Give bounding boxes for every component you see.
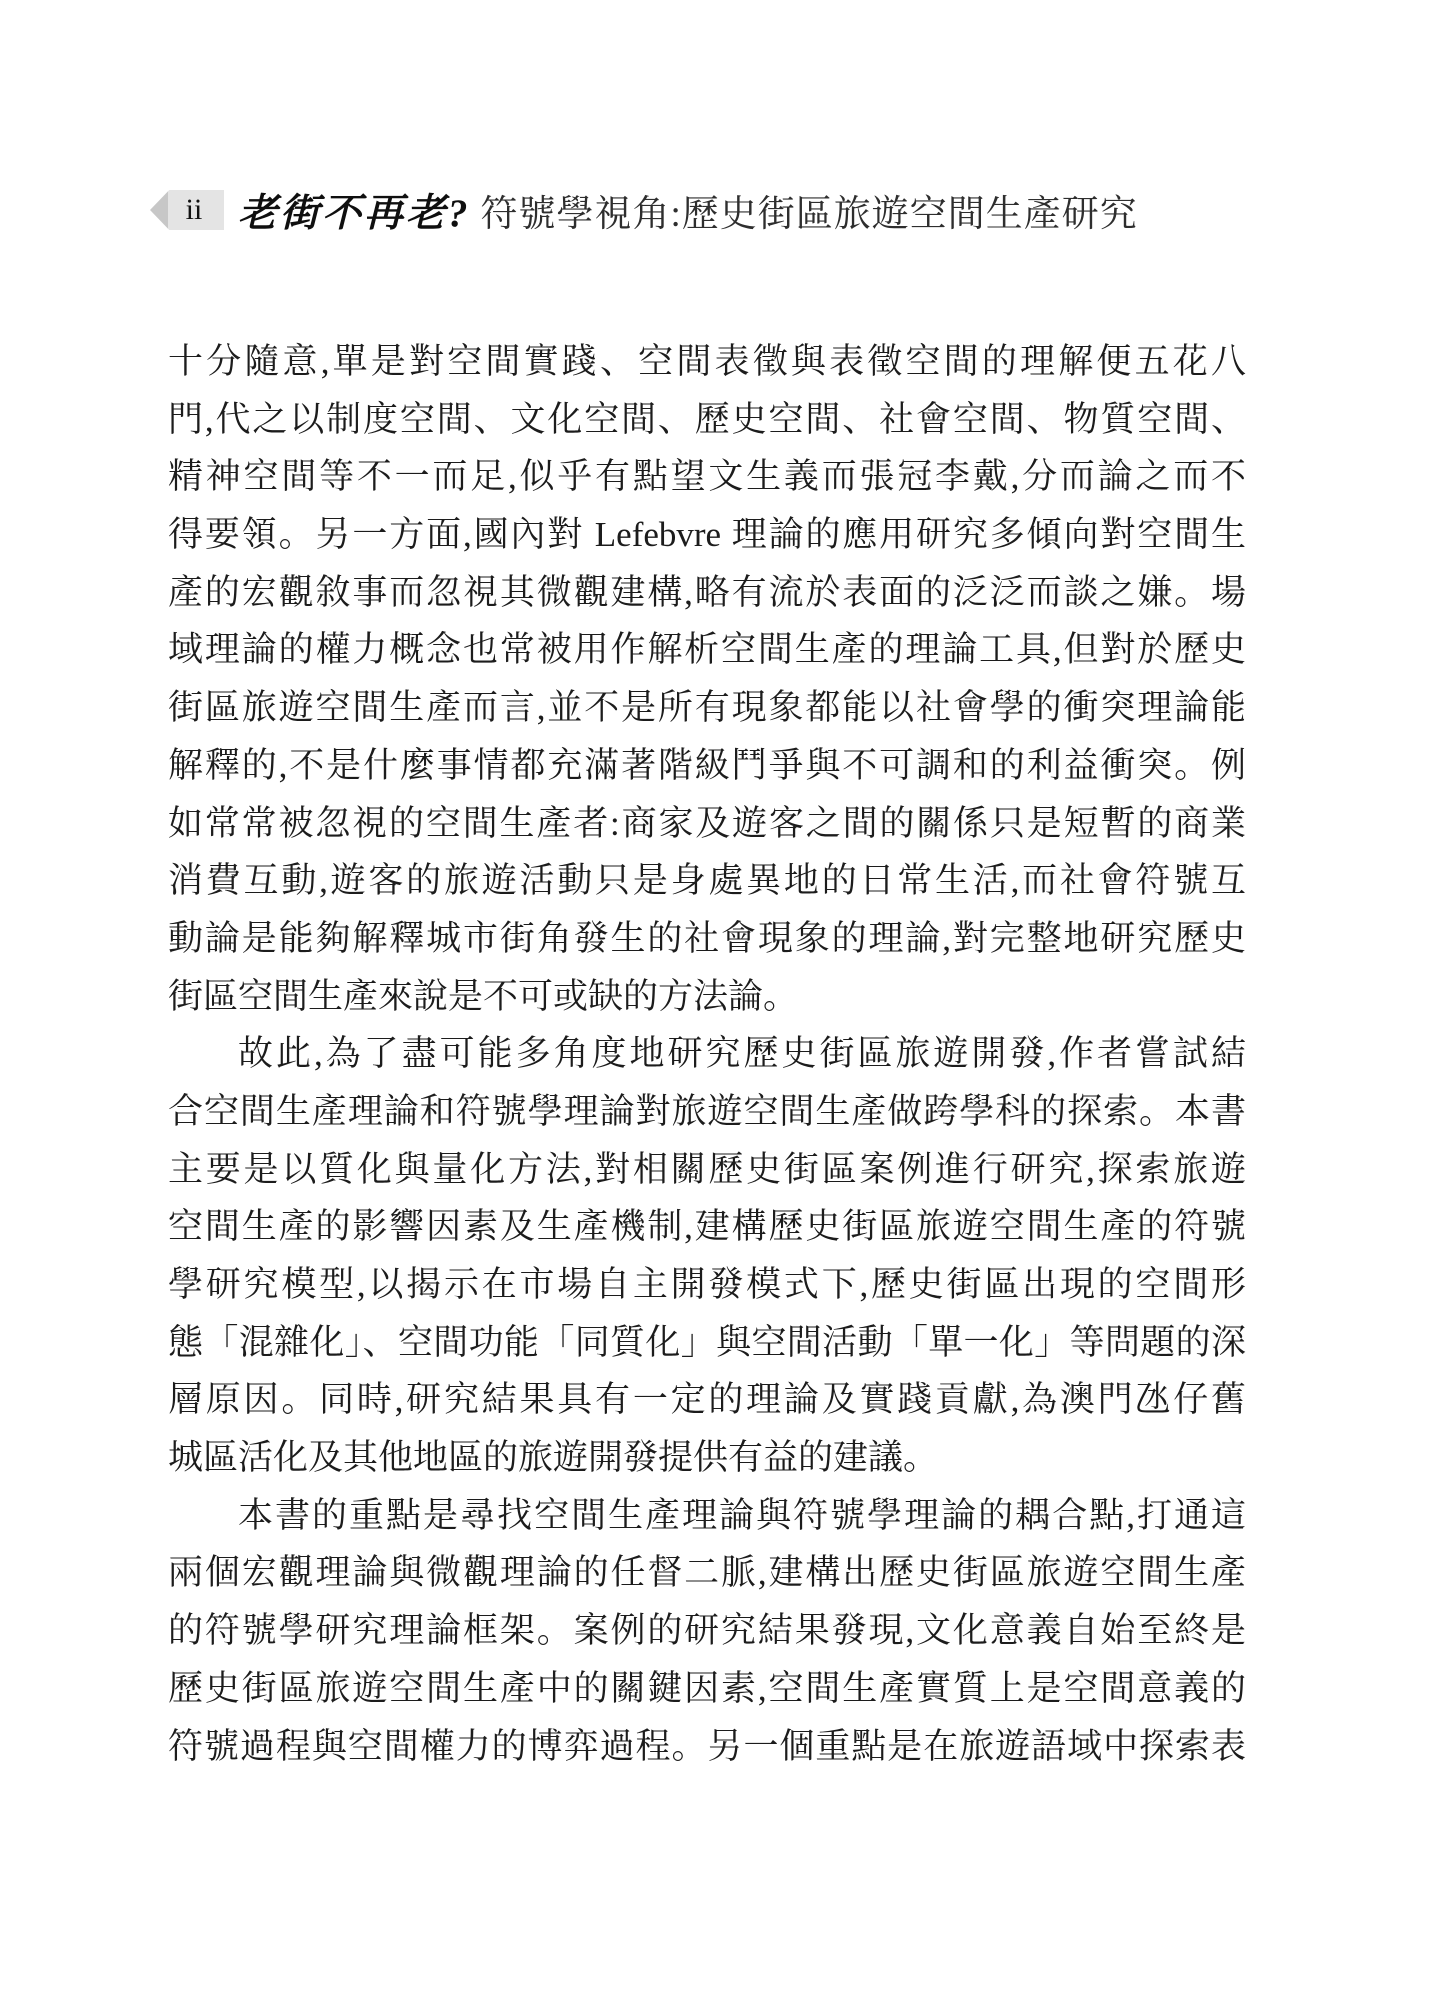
text-line: 符號過程與空間權力的博弈過程。另一個重點是在旅遊語域中探索表 [168, 1718, 1246, 1776]
text-line: 本書的重點是尋找空間生產理論與符號學理論的耦合點,打通這 [168, 1487, 1246, 1545]
text-line: 十分隨意,單是對空間實踐、空間表徵與表徵空間的理解便五花八 [168, 333, 1246, 391]
book-subtitle: 符號學視角:歷史街區旅遊空間生產研究 [481, 183, 1138, 237]
text-line: 門,代之以制度空間、文化空間、歷史空間、社會空間、物質空間、 [168, 391, 1246, 449]
text-line: 域理論的權力概念也常被用作解析空間生產的理論工具,但對於歷史 [168, 621, 1246, 679]
text-line: 產的宏觀敘事而忽視其微觀建構,略有流於表面的泛泛而談之嫌。場 [168, 564, 1246, 622]
text-line: 故此,為了盡可能多角度地研究歷史街區旅遊開發,作者嘗試結 [168, 1025, 1246, 1083]
text-line: 主要是以質化與量化方法,對相關歷史街區案例進行研究,探索旅遊 [168, 1141, 1246, 1199]
text-line: 街區旅遊空間生產而言,並不是所有現象都能以社會學的衝突理論能 [168, 679, 1246, 737]
text-line: 的符號學研究理論框架。案例的研究結果發現,文化意義自始至終是 [168, 1602, 1246, 1660]
text-line: 如常常被忽視的空間生產者:商家及遊客之間的關係只是短暫的商業 [168, 795, 1246, 853]
page-number: ii [172, 195, 203, 225]
text-line: 兩個宏觀理論與微觀理論的任督二脈,建構出歷史街區旅遊空間生產 [168, 1544, 1246, 1602]
text-line: 消費互動,遊客的旅遊活動只是身處異地的日常生活,而社會符號互 [168, 852, 1246, 910]
text-line: 城區活化及其他地區的旅遊開發提供有益的建議。 [168, 1429, 1246, 1487]
text-line: 精神空間等不一而足,似乎有點望文生義而張冠李戴,分而論之而不 [168, 448, 1246, 506]
book-page: ii 老街不再老? 符號學視角:歷史街區旅遊空間生產研究 十分隨意,單是對空間實… [0, 0, 1445, 2014]
text-line: 解釋的,不是什麼事情都充滿著階級鬥爭與不可調和的利益衝突。例 [168, 737, 1246, 795]
book-title: 老街不再老? [238, 182, 471, 238]
text-line: 街區空間生產來說是不可或缺的方法論。 [168, 968, 1246, 1026]
text-line: 空間生產的影響因素及生產機制,建構歷史街區旅遊空間生產的符號 [168, 1198, 1246, 1256]
text-line: 學研究模型,以揭示在市場自主開發模式下,歷史街區出現的空間形 [168, 1256, 1246, 1314]
page-header: ii 老街不再老? 符號學視角:歷史街區旅遊空間生產研究 [150, 182, 1138, 238]
body-text: 十分隨意,單是對空間實踐、空間表徵與表徵空間的理解便五花八門,代之以制度空間、文… [168, 333, 1246, 1775]
text-line: 態「混雜化」、空間功能「同質化」與空間活動「單一化」等問題的深 [168, 1314, 1246, 1372]
text-line: 動論是能夠解釋城市街角發生的社會現象的理論,對完整地研究歷史 [168, 910, 1246, 968]
text-line: 層原因。同時,研究結果具有一定的理論及實踐貢獻,為澳門氹仔舊 [168, 1371, 1246, 1429]
text-line: 歷史街區旅遊空間生產中的關鍵因素,空間生產實質上是空間意義的 [168, 1660, 1246, 1718]
text-line: 合空間生產理論和符號學理論對旅遊空間生產做跨學科的探索。本書 [168, 1083, 1246, 1141]
text-line: 得要領。另一方面,國內對 Lefebvre 理論的應用研究多傾向對空間生 [168, 506, 1246, 564]
page-number-badge: ii [150, 190, 224, 230]
